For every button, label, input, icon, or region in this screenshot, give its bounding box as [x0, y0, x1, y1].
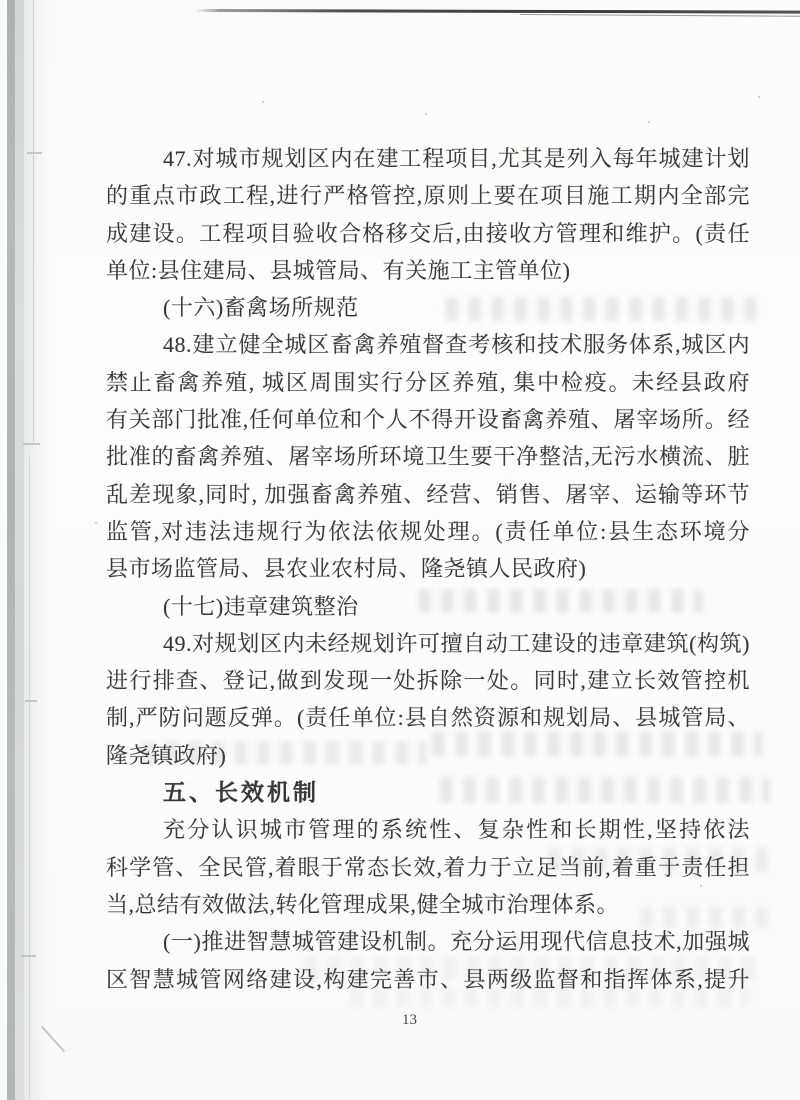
text-line: 单位:县住建局、县城管局、有关施工主管单位) — [106, 252, 750, 289]
page-edge-notch — [23, 443, 40, 445]
text-line: 充分认识城市管理的系统性、复杂性和长期性,坚持依法管、 — [106, 811, 750, 848]
text-line: 乱差现象,同时, 加强畜禽养殖、经营、销售、屠宰、运输等环节 — [106, 476, 750, 513]
section-heading-16: (十六)畜禽场所规范 — [106, 289, 750, 326]
text-line: 的重点市政工程,进行严格管控,原则上要在项目施工期内全部完 — [106, 177, 750, 214]
text-line: 区智慧城管网络建设,构建完善市、县两级监督和指挥体系,提升 — [106, 961, 750, 998]
text-line: 制,严防问题反弹。(责任单位:县自然资源和规划局、县城管局、 — [106, 699, 750, 736]
document-body: 47.对城市规划区内在建工程项目,尤其是列入每年城建计划 的重点市政工程,进行严… — [106, 140, 750, 998]
page-edge-notch — [27, 152, 42, 154]
text-line: 成建设。工程项目验收合格移交后,由接收方管理和维护。(责任 — [106, 215, 750, 252]
text-line: 进行排查、登记,做到发现一处拆除一处。同时,建立长效管控机 — [106, 662, 750, 699]
text-line: 49.对规划区内未经规划许可擅自动工建设的违章建筑(构筑) — [106, 625, 750, 662]
text-line: 47.对城市规划区内在建工程项目,尤其是列入每年城建计划 — [106, 140, 750, 177]
text-line: 有关部门批准,任何单位和个人不得开设畜禽养殖、屠宰场所。经 — [106, 401, 750, 438]
dust-speck — [425, 113, 427, 115]
text-line: 监管,对违法违规行为依法依规处理。(责任单位:县生态环境分局、 — [106, 513, 750, 550]
scan-binding-edge-mid — [15, 0, 24, 1100]
scan-top-edge-line-secondary — [520, 14, 800, 17]
scanned-document: { "colors": { "ink": "#38383a", "edge_gr… — [0, 0, 800, 1100]
page-edge-notch — [25, 700, 37, 702]
dust-speck — [262, 101, 264, 103]
dust-speck — [758, 96, 760, 98]
scan-top-edge-line — [195, 9, 800, 14]
text-line: 隆尧镇政府) — [106, 737, 750, 774]
text-line: 当,总结有效做法,转化管理成果,健全城市治理体系。 — [106, 886, 750, 923]
dust-speck — [95, 522, 97, 524]
chapter-heading-5: 五、长效机制 — [106, 774, 750, 811]
dust-speck — [648, 121, 650, 123]
page-stack-edge-line — [29, 455, 30, 1100]
text-line: 批准的畜禽养殖、屠宰场所环境卫生要干净整洁,无污水横流、脏 — [106, 438, 750, 475]
page-number: 13 — [402, 1012, 417, 1029]
text-line: 县市场监管局、县农业农村局、隆尧镇人民政府) — [106, 550, 750, 587]
page-stack-edge-line — [33, 0, 34, 445]
text-line: 48.建立健全城区畜禽养殖督查考核和技术服务体系,城区内 — [106, 326, 750, 363]
page-edge-notch — [21, 955, 36, 957]
text-line: 科学管、全民管,着眼于常态长效,着力于立足当前,着重于责任担 — [106, 849, 750, 886]
scan-binding-edge-fade — [24, 0, 50, 1100]
text-line: (一)推进智慧城管建设机制。充分运用现代信息技术,加强城 — [106, 923, 750, 960]
text-line: 禁止畜禽养殖, 城区周围实行分区养殖, 集中检疫。未经县政府 — [106, 364, 750, 401]
scan-binding-edge-dark — [7, 0, 15, 1100]
section-heading-17: (十七)违章建筑整治 — [106, 588, 750, 625]
